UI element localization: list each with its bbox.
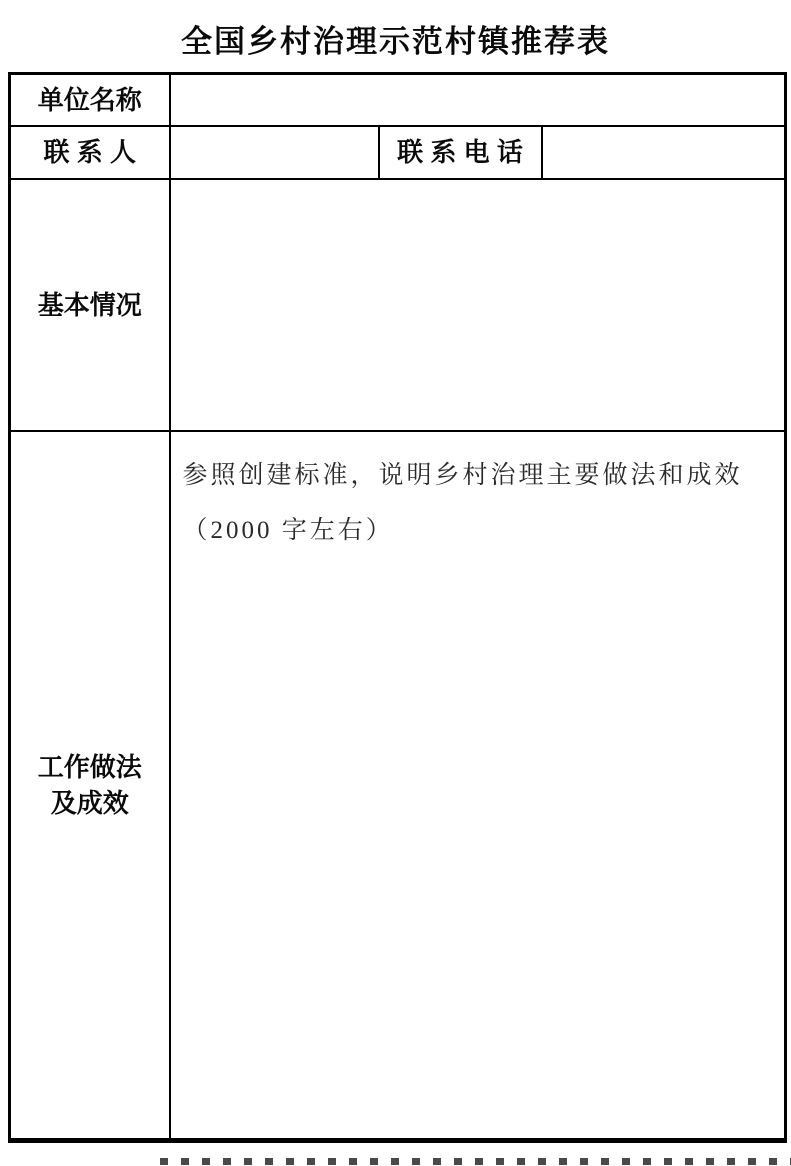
page-title: 全国乡村治理示范村镇推荐表 <box>0 16 791 61</box>
work-practice-label-line2: 及成效 <box>11 785 169 821</box>
basic-info-field[interactable] <box>170 179 786 431</box>
work-practice-label-line1: 工作做法 <box>11 749 169 785</box>
form-page: 全国乡村治理示范村镇推荐表 单位名称 联 系 人 联 系 电 话 基本情况 工作… <box>0 0 791 1166</box>
work-practice-field[interactable]: 参照创建标准，说明乡村治理主要做法和成效（2000 字左右） <box>170 431 786 1141</box>
scan-artifact-strip <box>160 1158 791 1165</box>
table-row-unit-name: 单位名称 <box>10 74 786 126</box>
table-row-contact: 联 系 人 联 系 电 话 <box>10 126 786 179</box>
contact-person-label: 联 系 人 <box>10 126 170 179</box>
unit-name-label: 单位名称 <box>10 74 170 126</box>
contact-phone-field[interactable] <box>542 126 786 179</box>
table-row-basic-info: 基本情况 <box>10 179 786 431</box>
work-practice-label: 工作做法 及成效 <box>10 431 170 1141</box>
contact-phone-label: 联 系 电 话 <box>379 126 542 179</box>
table-row-work-practice: 工作做法 及成效 参照创建标准，说明乡村治理主要做法和成效（2000 字左右） <box>10 431 786 1141</box>
recommendation-form-table: 单位名称 联 系 人 联 系 电 话 基本情况 工作做法 及成效 参照创建标准，… <box>8 72 787 1143</box>
contact-person-field[interactable] <box>170 126 379 179</box>
basic-info-label: 基本情况 <box>10 179 170 431</box>
unit-name-field[interactable] <box>170 74 786 126</box>
